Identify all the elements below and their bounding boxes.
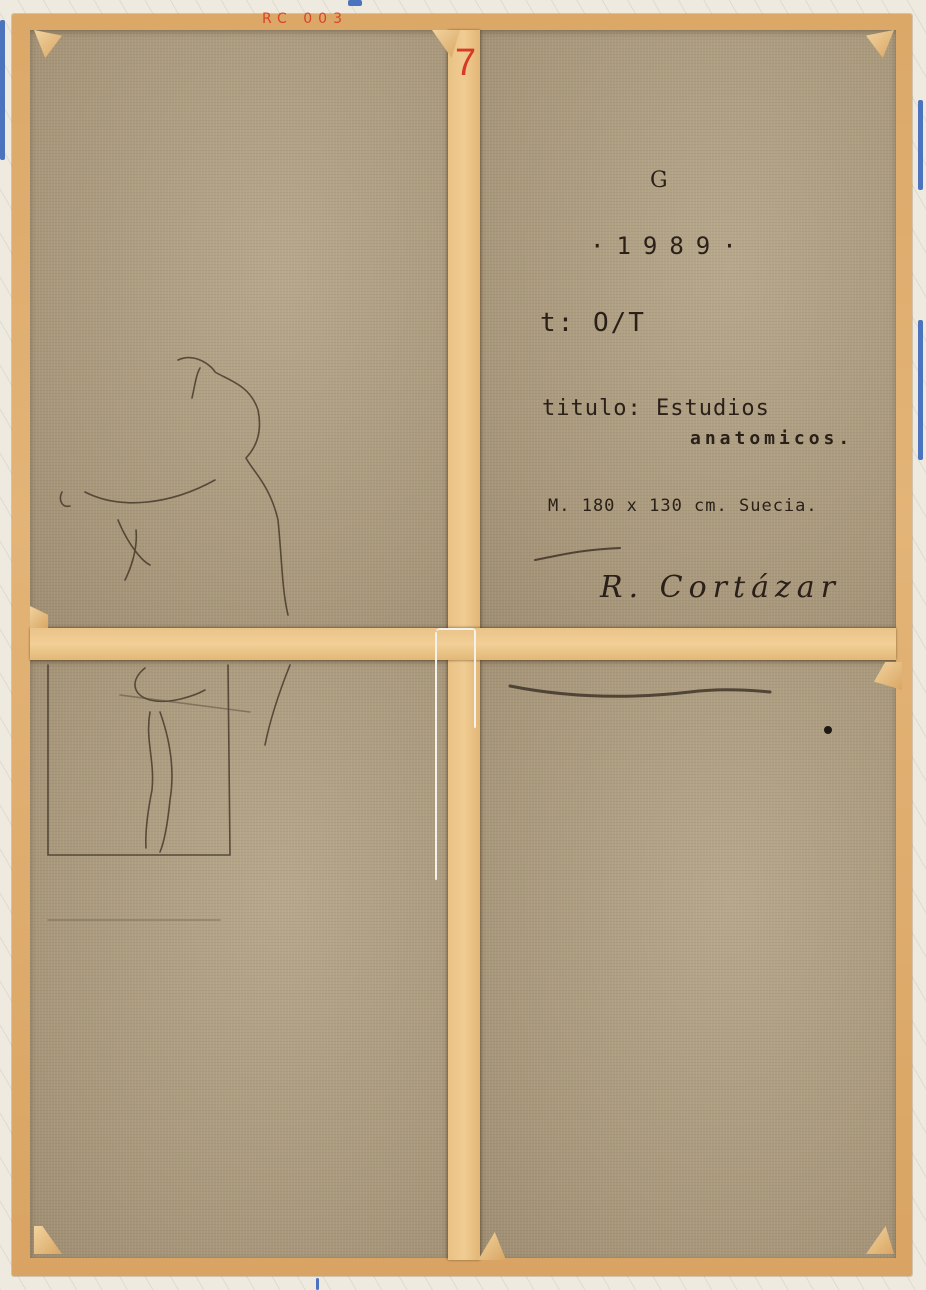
hanging-string-end bbox=[474, 630, 476, 728]
charcoal-sketches bbox=[0, 0, 926, 1290]
string-knot bbox=[436, 628, 476, 636]
ink-brush-stroke bbox=[510, 548, 770, 696]
framed-standing-figure-sketch bbox=[48, 665, 290, 920]
ink-dot bbox=[824, 726, 832, 734]
hanging-string bbox=[435, 632, 437, 880]
figure-torso-sketch bbox=[60, 358, 288, 615]
